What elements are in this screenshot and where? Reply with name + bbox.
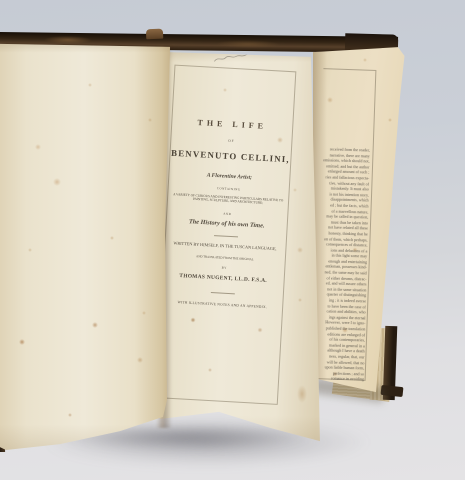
book-photo: received from the reader,narrative, ther…	[0, 0, 465, 480]
flyleaf-page	[0, 38, 174, 458]
title-rule-frame	[156, 65, 296, 405]
title-page: THE LIFE OF BENVENUTO CELLINI, A Florent…	[150, 46, 322, 448]
headband-stub	[146, 29, 163, 40]
